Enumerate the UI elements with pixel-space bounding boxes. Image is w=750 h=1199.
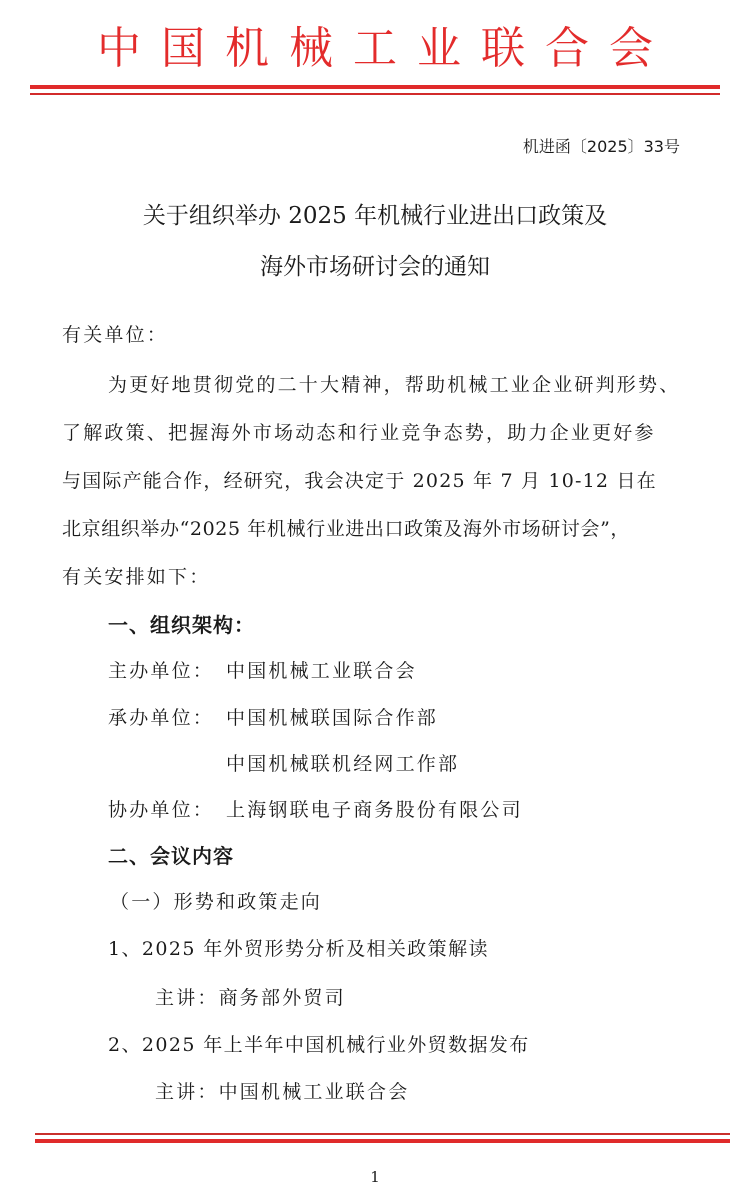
header-rule-thin xyxy=(30,93,720,95)
header-rule-thick xyxy=(30,85,720,89)
org-row-value: 中国机械联国际合作部 xyxy=(226,703,438,730)
section-heading-meeting-content: 二、会议内容 xyxy=(108,840,234,869)
subsection-heading: （一）形势和政策走向 xyxy=(110,887,322,914)
org-row-label: 协办单位： xyxy=(108,795,214,822)
section-heading-organization: 一、组织架构： xyxy=(108,609,255,638)
document-title-line-1: 关于组织举办 2025 年机械行业进出口政策及 xyxy=(0,197,750,230)
org-row-label: 承办单位： xyxy=(108,703,214,730)
org-row-value: 中国机械联机经网工作部 xyxy=(226,749,459,776)
org-row-label: 主办单位： xyxy=(108,656,214,683)
intro-line: 有关安排如下： xyxy=(62,562,210,589)
intro-line: 了解政策、把握海外市场动态和行业竞争态势，助力企业更好参 xyxy=(62,418,656,445)
intro-line: 为更好地贯彻党的二十大精神，帮助机械工业企业研判形势、 xyxy=(108,370,680,397)
document-title-line-2: 海外市场研讨会的通知 xyxy=(0,248,750,281)
org-row-value: 中国机械工业联合会 xyxy=(226,656,417,683)
document-number: 机进函〔2025〕33号 xyxy=(523,134,680,157)
agenda-item-title: 2、2025 年上半年中国机械行业外贸数据发布 xyxy=(108,1030,530,1057)
letterhead-org-name: 中国机械工业联合会 xyxy=(0,24,750,74)
agenda-item-title: 1、2025 年外贸形势分析及相关政策解读 xyxy=(108,934,489,961)
intro-line: 与国际产能合作，经研究，我会决定于 2025 年 7 月 10-12 日在 xyxy=(62,466,657,493)
footer-rule-thin xyxy=(35,1133,730,1135)
salutation: 有关单位： xyxy=(62,320,168,347)
page-number: 1 xyxy=(0,1168,750,1186)
agenda-item-speaker: 主讲：商务部外贸司 xyxy=(155,983,346,1010)
org-row-value: 上海钢联电子商务股份有限公司 xyxy=(226,795,523,822)
intro-line: 北京组织举办“2025 年机械行业进出口政策及海外市场研讨会”， xyxy=(62,514,630,541)
agenda-item-speaker: 主讲：中国机械工业联合会 xyxy=(155,1077,409,1104)
footer-rule-thick xyxy=(35,1139,730,1143)
